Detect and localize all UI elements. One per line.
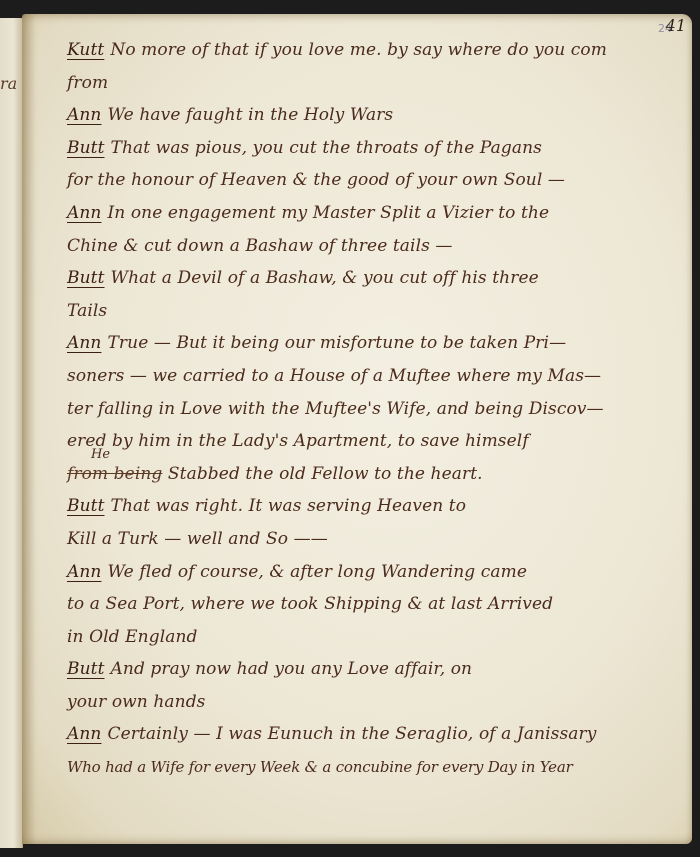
line-text: from: [67, 73, 108, 93]
speaker-name: Ann: [67, 203, 101, 223]
speaker-name: Ann: [67, 105, 101, 125]
correction: He from being: [67, 464, 168, 484]
text-line: Who had a Wife for every Week & a concub…: [67, 751, 682, 784]
speaker-name: Butt: [67, 268, 105, 288]
text-line: ered by him in the Lady's Apartment, to …: [67, 425, 682, 458]
inserted-word: He: [91, 448, 110, 461]
line-text: We have faught in the Holy Wars: [107, 105, 393, 125]
text-line: KuttNo more of that if you love me. by s…: [67, 34, 682, 67]
text-line: AnnCertainly — I was Eunuch in the Serag…: [67, 718, 682, 751]
line-text: for the honour of Heaven & the good of y…: [67, 170, 565, 190]
folio-number: 41: [666, 16, 686, 35]
speaker-name: Ann: [67, 562, 101, 582]
line-text: Who had a Wife for every Week & a concub…: [67, 758, 573, 776]
line-text: We fled of course, & after long Wanderin…: [107, 562, 527, 582]
line-text: Chine & cut down a Bashaw of three tails…: [67, 236, 453, 256]
line-text: No more of that if you love me. by say w…: [110, 40, 607, 60]
text-line: ButtThat was pious, you cut the throats …: [67, 132, 682, 165]
speaker-name: Ann: [67, 333, 101, 353]
line-text: That was pious, you cut the throats of t…: [111, 138, 542, 158]
line-text: In one engagement my Master Split a Vizi…: [107, 203, 549, 223]
line-text: ter falling in Love with the Muftee's Wi…: [67, 399, 604, 419]
struck-through-text: from being: [67, 464, 162, 484]
line-text: Kill a Turk — well and So ——: [67, 529, 328, 549]
line-text: True — But it being our misfortune to be…: [107, 333, 566, 353]
speaker-name: Butt: [67, 496, 105, 516]
line-text: soners — we carried to a House of a Muft…: [67, 366, 601, 386]
previous-page-text-fragment: ra: [0, 74, 17, 93]
line-text: Stabbed the old Fellow to the heart.: [168, 464, 483, 484]
text-line: ButtThat was right. It was serving Heave…: [67, 490, 682, 523]
text-line: in Old England: [67, 621, 682, 654]
text-line: ButtAnd pray now had you any Love affair…: [67, 653, 682, 686]
text-line: from: [67, 67, 682, 100]
previous-page-edge: ra: [0, 18, 23, 848]
line-text: And pray now had you any Love affair, on: [111, 659, 473, 679]
text-line: Kill a Turk — well and So ——: [67, 523, 682, 556]
binding-gutter-shadow: [22, 14, 36, 844]
speaker-name: Ann: [67, 724, 101, 744]
line-text: What a Devil of a Bashaw, & you cut off …: [111, 268, 539, 288]
line-text: Tails: [67, 301, 107, 321]
text-line: Chine & cut down a Bashaw of three tails…: [67, 230, 682, 263]
text-line: AnnWe fled of course, & after long Wande…: [67, 556, 682, 589]
line-text: to a Sea Port, where we took Shipping & …: [67, 594, 553, 614]
speaker-name: Butt: [67, 138, 105, 158]
line-text: your own hands: [67, 692, 206, 712]
line-text: Certainly — I was Eunuch in the Seraglio…: [107, 724, 596, 744]
text-line: Tails: [67, 295, 682, 328]
text-line: AnnTrue — But it being our misfortune to…: [67, 327, 682, 360]
text-line: your own hands: [67, 686, 682, 719]
text-line: ter falling in Love with the Muftee's Wi…: [67, 393, 682, 426]
speaker-name: Butt: [67, 659, 105, 679]
text-line: to a Sea Port, where we took Shipping & …: [67, 588, 682, 621]
text-line: AnnWe have faught in the Holy Wars: [67, 99, 682, 132]
text-line: AnnIn one engagement my Master Split a V…: [67, 197, 682, 230]
text-line: soners — we carried to a House of a Muft…: [67, 360, 682, 393]
manuscript-text: KuttNo more of that if you love me. by s…: [67, 34, 682, 784]
line-text: in Old England: [67, 627, 198, 647]
manuscript-page: 24 41 KuttNo more of that if you love me…: [22, 14, 692, 844]
text-line: for the honour of Heaven & the good of y…: [67, 164, 682, 197]
text-line: ButtWhat a Devil of a Bashaw, & you cut …: [67, 262, 682, 295]
line-text: That was right. It was serving Heaven to: [111, 496, 467, 516]
line-text: ered by him in the Lady's Apartment, to …: [67, 431, 529, 451]
speaker-name: Kutt: [67, 40, 104, 60]
manuscript-scan: ra 24 41 KuttNo more of that if you love…: [0, 0, 700, 857]
text-line: He from being Stabbed the old Fellow to …: [67, 458, 682, 491]
